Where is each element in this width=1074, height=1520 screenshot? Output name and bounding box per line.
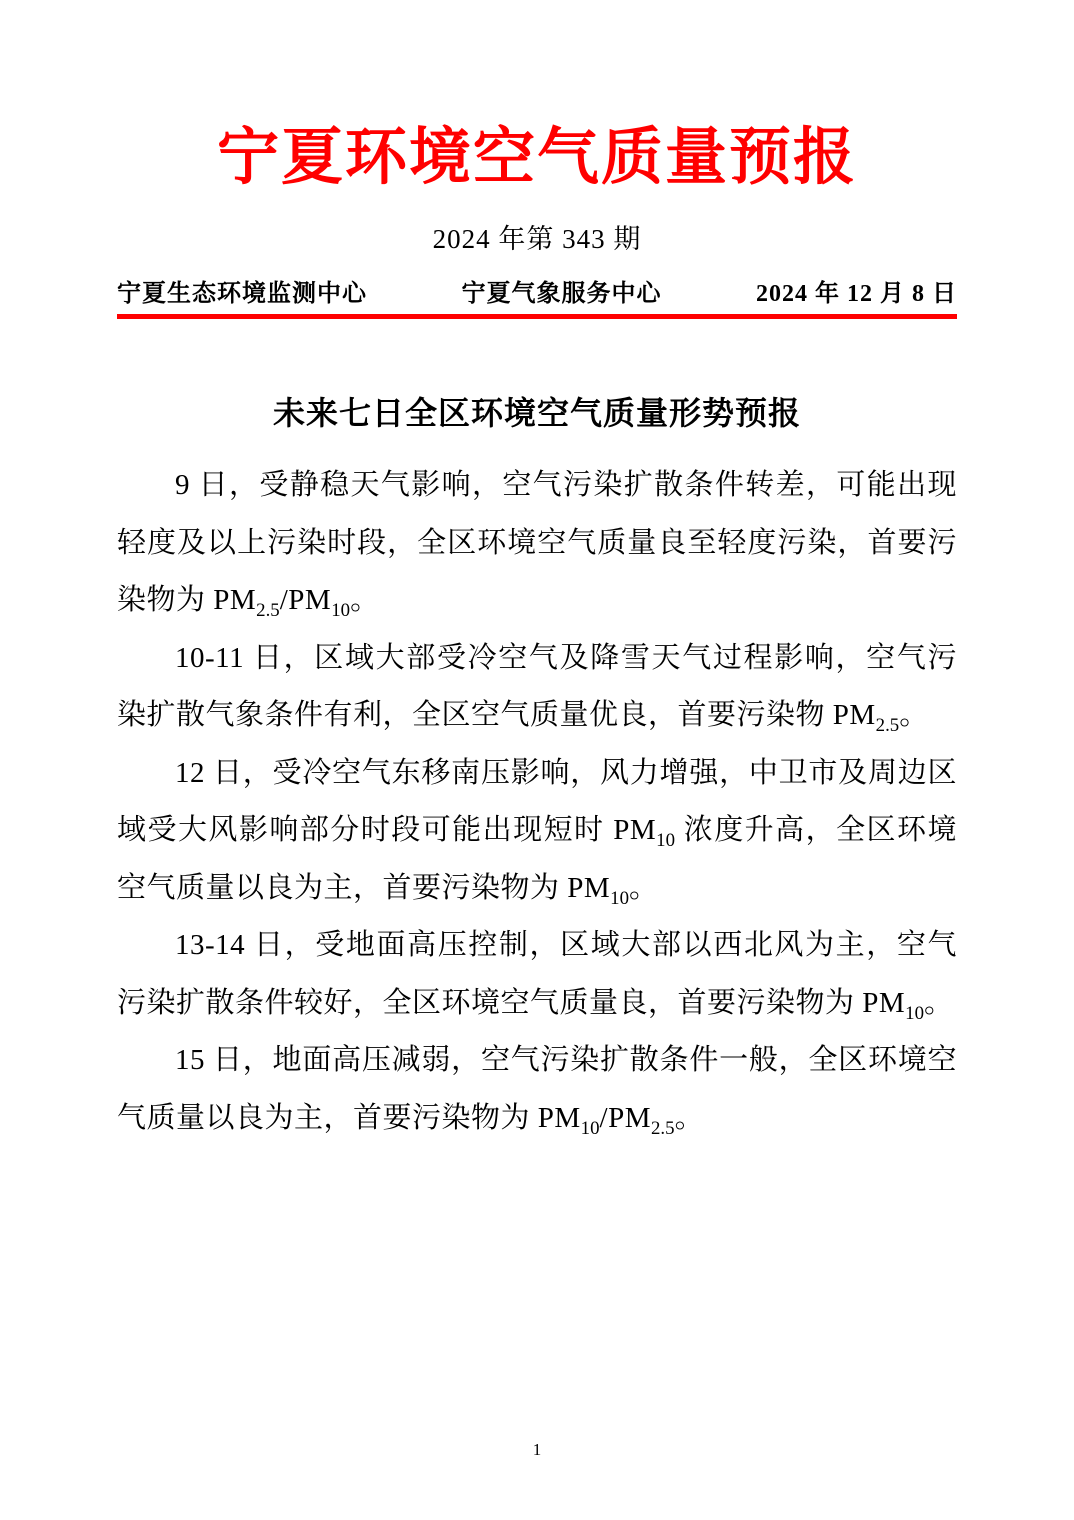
forecast-paragraph-day10-11: 10-11 日，区域大部受冷空气及降雪天气过程影响，空气污染扩散气象条件有利，全…: [117, 630, 957, 745]
org-meteorological-center: 宁夏气象服务中心: [462, 278, 662, 310]
page-number: 1: [0, 1440, 1074, 1460]
header-divider-rule: [117, 314, 957, 319]
forecast-paragraph-day15: 15 日，地面高压减弱，空气污染扩散条件一般，全区环境空气质量以良为主，首要污染…: [117, 1032, 957, 1147]
document-page: 宁夏环境空气质量预报 2024 年第 343 期 宁夏生态环境监测中心 宁夏气象…: [0, 0, 1074, 1520]
section-heading: 未来七日全区环境空气质量形势预报: [117, 391, 957, 435]
forecast-paragraph-day13-14: 13-14 日，受地面高压控制，区域大部以西北风为主，空气污染扩散条件较好，全区…: [117, 917, 957, 1032]
issue-date: 2024 年 12 月 8 日: [756, 278, 957, 310]
org-monitoring-center: 宁夏生态环境监测中心: [117, 278, 367, 310]
issue-number: 2024 年第 343 期: [117, 222, 957, 256]
forecast-paragraph-day9: 9 日，受静稳天气影响，空气污染扩散条件转差，可能出现轻度及以上污染时段，全区环…: [117, 457, 957, 630]
header-row: 宁夏生态环境监测中心 宁夏气象服务中心 2024 年 12 月 8 日: [117, 278, 957, 310]
document-title: 宁夏环境空气质量预报: [117, 118, 957, 198]
forecast-paragraphs: 9 日，受静稳天气影响，空气污染扩散条件转差，可能出现轻度及以上污染时段，全区环…: [117, 457, 957, 1147]
forecast-paragraph-day12: 12 日，受冷空气东移南压影响，风力增强，中卫市及周边区域受大风影响部分时段可能…: [117, 745, 957, 918]
